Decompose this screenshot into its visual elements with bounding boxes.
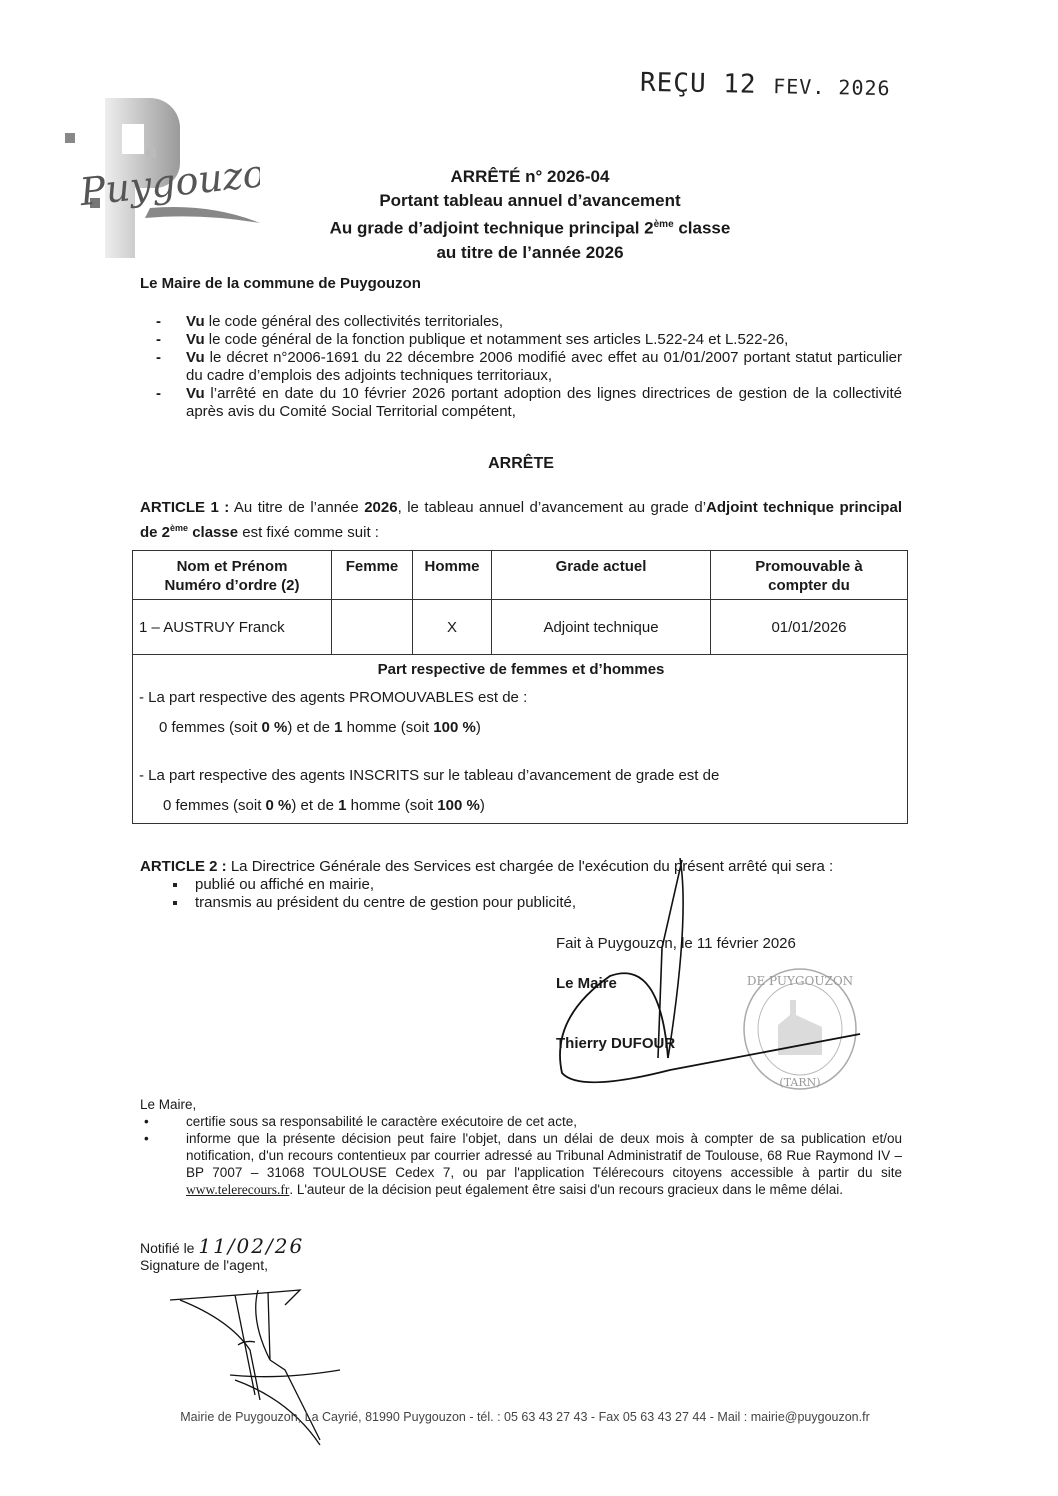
cell-femme <box>332 600 413 655</box>
title-subject: Portant tableau annuel d’avancement <box>280 189 780 213</box>
header-promouvable: Promouvable àcompter du <box>711 551 908 600</box>
title-number: ARRÊTÉ n° 2026-04 <box>280 165 780 189</box>
received-stamp-date: FEV. 2026 <box>773 74 891 100</box>
notification-label: Notifié le <box>140 1240 198 1256</box>
title-year: au titre de l’année 2026 <box>280 241 780 265</box>
part-row: Part respective de femmes et d’hommes - … <box>133 655 908 824</box>
puygouzon-logo: Puygouzon <box>50 88 260 258</box>
article-1: ARTICLE 1 : Au titre de l’année 2026, le… <box>140 498 902 543</box>
header-homme: Homme <box>413 551 492 600</box>
vu-item: Vu le code général de la fonction publiq… <box>140 331 902 349</box>
cell-grade: Adjoint technique <box>492 600 711 655</box>
certification-intro: Le Maire, <box>140 1096 902 1113</box>
inscrits-intro: - La part respective des agents INSCRITS… <box>139 767 903 785</box>
mayor-signature <box>550 858 870 1098</box>
part-respective-cell: Part respective de femmes et d’hommes - … <box>133 655 908 824</box>
certification-item: informe que la présente décision peut fa… <box>140 1130 902 1198</box>
certification-list: certifie sous sa responsabilité le carac… <box>140 1113 902 1198</box>
received-stamp-label: REÇU 12 <box>640 68 757 100</box>
part-title: Part respective de femmes et d’hommes <box>139 661 903 679</box>
cell-promouvable: 01/01/2026 <box>711 600 908 655</box>
intro-heading: Le Maire de la commune de Puygouzon <box>140 275 421 292</box>
header-grade: Grade actuel <box>492 551 711 600</box>
telerecours-link[interactable]: www.telerecours.fr <box>186 1182 289 1197</box>
cell-nom: 1 – AUSTRUY Franck <box>133 600 332 655</box>
vu-item: Vu l’arrêté en date du 10 février 2026 p… <box>140 385 902 421</box>
advancement-table: Nom et PrénomNuméro d’ordre (2) Femme Ho… <box>132 550 908 824</box>
document-title: ARRÊTÉ n° 2026-04 Portant tableau annuel… <box>280 165 780 265</box>
header-nom: Nom et PrénomNuméro d’ordre (2) <box>133 551 332 600</box>
certification: Le Maire, certifie sous sa responsabilit… <box>140 1096 902 1198</box>
vu-item: Vu le code général des collectivités ter… <box>140 313 902 331</box>
promouvables-intro: - La part respective des agents PROMOUVA… <box>139 689 903 707</box>
notification: Notifié le 11/02/26 Signature de l'agent… <box>140 1238 304 1274</box>
arrete-heading: ARRÊTE <box>140 455 902 473</box>
agent-signature <box>160 1280 390 1460</box>
header-femme: Femme <box>332 551 413 600</box>
table-row: 1 – AUSTRUY Franck X Adjoint technique 0… <box>133 600 908 655</box>
table-header-row: Nom et PrénomNuméro d’ordre (2) Femme Ho… <box>133 551 908 600</box>
vu-list: Vu le code général des collectivités ter… <box>140 313 902 421</box>
promouvables-ratio: 0 femmes (soit 0 %) et de 1 homme (soit … <box>139 719 903 737</box>
received-stamp: REÇU 12 FEV. 2026 <box>640 68 891 102</box>
cell-homme: X <box>413 600 492 655</box>
agent-signature-label: Signature de l'agent, <box>140 1257 304 1274</box>
certification-item: certifie sous sa responsabilité le carac… <box>140 1113 902 1130</box>
inscrits-ratio: 0 femmes (soit 0 %) et de 1 homme (soit … <box>139 797 903 815</box>
footer-contact: Mairie de Puygouzon, La Cayrié, 81990 Pu… <box>140 1410 910 1424</box>
title-grade: Au grade d’adjoint technique principal 2… <box>280 213 780 241</box>
vu-item: Vu le décret n°2006-1691 du 22 décembre … <box>140 349 902 385</box>
notification-date: 11/02/26 <box>198 1234 304 1258</box>
